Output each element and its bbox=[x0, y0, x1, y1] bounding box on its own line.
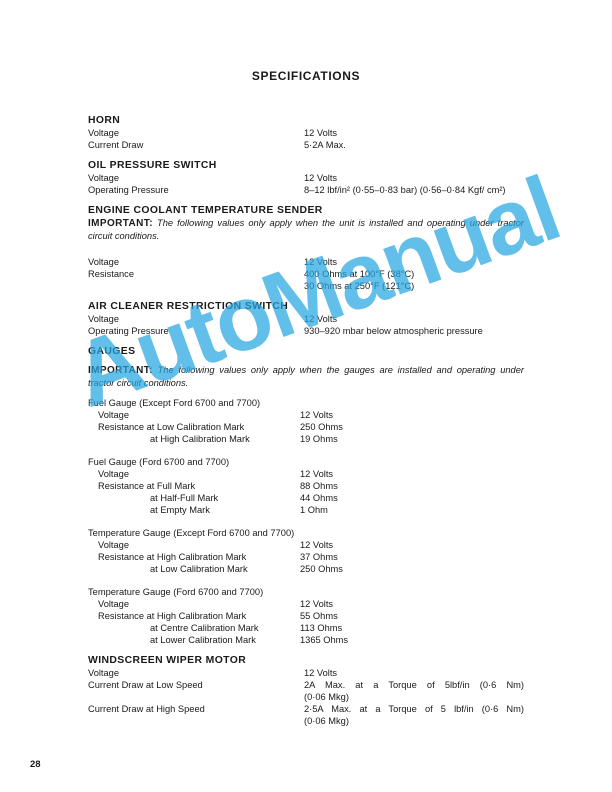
spec-label: Voltage bbox=[88, 313, 304, 325]
spec-row: Voltage 12 Volts bbox=[88, 127, 524, 139]
spec-value: 5·2A Max. bbox=[304, 139, 524, 151]
spec-label: Voltage bbox=[88, 598, 304, 610]
important-text: The following values only apply when the… bbox=[88, 365, 524, 388]
section-wiper-motor: WINDSCREEN WIPER MOTOR Voltage 12 Volts … bbox=[88, 654, 524, 727]
spec-row: Voltage 12 Volts bbox=[88, 256, 524, 268]
important-note: IMPORTANT: The following values only app… bbox=[88, 217, 524, 242]
spec-row: Voltage 12 Volts bbox=[88, 598, 524, 610]
spec-label: Voltage bbox=[88, 172, 304, 184]
spec-value: 12 Volts bbox=[304, 172, 524, 184]
spec-row: Resistance 400 Ohms at 100°F (38°C) bbox=[88, 268, 524, 280]
important-note: IMPORTANT: The following values only app… bbox=[88, 364, 524, 389]
spec-row: Voltage 12 Volts bbox=[88, 172, 524, 184]
spec-label: Voltage bbox=[88, 667, 304, 679]
spec-value: 2·5A Max. at a Torque of 5 lbf/in (0·6 N… bbox=[304, 703, 524, 727]
spec-label: at Lower Calibration Mark bbox=[88, 634, 304, 646]
spec-value: 12 Volts bbox=[300, 468, 524, 480]
spec-label: Current Draw at High Speed bbox=[88, 703, 304, 727]
spec-value-line: 2·5A Max. at a Torque of 5 lbf/in (0·6 N… bbox=[304, 703, 524, 715]
section-coolant-sender: ENGINE COOLANT TEMPERATURE SENDER IMPORT… bbox=[88, 204, 524, 292]
spec-label: at Empty Mark bbox=[88, 504, 304, 516]
temperature-gauge-except-ford: Temperature Gauge (Except Ford 6700 and … bbox=[88, 527, 524, 575]
section-air-cleaner-switch: AIR CLEANER RESTRICTION SWITCH Voltage 1… bbox=[88, 300, 524, 337]
spec-value: 1 Ohm bbox=[300, 504, 524, 516]
spec-value: 30 Ohms at 250°F (121°C) bbox=[304, 280, 524, 292]
section-gauges: GAUGES IMPORTANT: The following values o… bbox=[88, 345, 524, 646]
spec-row: Voltage 12 Volts bbox=[88, 539, 524, 551]
spec-value: 44 Ohms bbox=[300, 492, 524, 504]
gauge-title: Temperature Gauge (Except Ford 6700 and … bbox=[88, 527, 524, 539]
spec-label: Resistance at Low Calibration Mark bbox=[88, 421, 304, 433]
section-oil-pressure-switch: OIL PRESSURE SWITCH Voltage 12 Volts Ope… bbox=[88, 159, 524, 196]
spec-value: 55 Ohms bbox=[300, 610, 524, 622]
spec-label: Voltage bbox=[88, 256, 304, 268]
spec-value: 930–920 mbar below atmospheric pressure bbox=[304, 325, 524, 337]
spec-row: at Empty Mark 1 Ohm bbox=[88, 504, 524, 516]
spec-label: Operating Pressure bbox=[88, 325, 304, 337]
spec-row: at Half-Full Mark 44 Ohms bbox=[88, 492, 524, 504]
spec-value: 12 Volts bbox=[304, 256, 524, 268]
spec-value: 12 Volts bbox=[300, 598, 524, 610]
spec-value-line: 2A Max. at a Torque of 5lbf/in (0·6 Nm) bbox=[304, 679, 524, 691]
spec-value: 8–12 lbf/in² (0·55–0·83 bar) (0·56–0·84 … bbox=[304, 184, 524, 196]
section-heading: ENGINE COOLANT TEMPERATURE SENDER bbox=[88, 204, 524, 217]
spec-row: Operating Pressure 930–920 mbar below at… bbox=[88, 325, 524, 337]
spec-value: 2A Max. at a Torque of 5lbf/in (0·6 Nm) … bbox=[304, 679, 524, 703]
spec-label: at Centre Calibration Mark bbox=[88, 622, 304, 634]
spec-value: 1365 Ohms bbox=[300, 634, 524, 646]
spec-row: Voltage 12 Volts bbox=[88, 667, 524, 679]
spec-row: Voltage 12 Volts bbox=[88, 468, 524, 480]
spec-label: Resistance at High Calibration Mark bbox=[88, 610, 304, 622]
section-heading: GAUGES bbox=[88, 345, 524, 358]
spec-row: 30 Ohms at 250°F (121°C) bbox=[88, 280, 524, 292]
fuel-gauge-ford: Fuel Gauge (Ford 6700 and 7700) Voltage … bbox=[88, 456, 524, 516]
spec-row: Current Draw at Low Speed 2A Max. at a T… bbox=[88, 679, 524, 703]
section-heading: HORN bbox=[88, 114, 524, 127]
section-heading: WINDSCREEN WIPER MOTOR bbox=[88, 654, 524, 667]
spec-label: Resistance at High Calibration Mark bbox=[88, 551, 304, 563]
important-text: The following values only apply when the… bbox=[88, 218, 524, 241]
spec-row: at Lower Calibration Mark 1365 Ohms bbox=[88, 634, 524, 646]
spec-label bbox=[88, 280, 304, 292]
spec-label: at Low Calibration Mark bbox=[88, 563, 304, 575]
temperature-gauge-ford: Temperature Gauge (Ford 6700 and 7700) V… bbox=[88, 586, 524, 646]
spec-value: 12 Volts bbox=[300, 409, 524, 421]
spec-row: Current Draw at High Speed 2·5A Max. at … bbox=[88, 703, 524, 727]
spec-value: 12 Volts bbox=[300, 539, 524, 551]
spec-row: at Centre Calibration Mark 113 Ohms bbox=[88, 622, 524, 634]
gauge-title: Fuel Gauge (Except Ford 6700 and 7700) bbox=[88, 397, 524, 409]
important-label: IMPORTANT: bbox=[88, 218, 153, 229]
specifications-content: HORN Voltage 12 Volts Current Draw 5·2A … bbox=[88, 114, 524, 735]
spec-value: 37 Ohms bbox=[300, 551, 524, 563]
section-heading: AIR CLEANER RESTRICTION SWITCH bbox=[88, 300, 524, 313]
spec-row: Resistance at Low Calibration Mark 250 O… bbox=[88, 421, 524, 433]
important-label: IMPORTANT: bbox=[88, 365, 153, 376]
spec-row: Voltage 12 Volts bbox=[88, 313, 524, 325]
spec-value-line: (0·06 Mkg) bbox=[304, 691, 524, 703]
section-heading: OIL PRESSURE SWITCH bbox=[88, 159, 524, 172]
spec-row: Voltage 12 Volts bbox=[88, 409, 524, 421]
spec-label: Operating Pressure bbox=[88, 184, 304, 196]
spec-value: 400 Ohms at 100°F (38°C) bbox=[304, 268, 524, 280]
spec-value: 250 Ohms bbox=[300, 563, 524, 575]
spec-row: at High Calibration Mark 19 Ohms bbox=[88, 433, 524, 445]
gauge-title: Temperature Gauge (Ford 6700 and 7700) bbox=[88, 586, 524, 598]
spec-row: Resistance at High Calibration Mark 37 O… bbox=[88, 551, 524, 563]
spec-row: at Low Calibration Mark 250 Ohms bbox=[88, 563, 524, 575]
spec-value: 12 Volts bbox=[304, 313, 524, 325]
section-horn: HORN Voltage 12 Volts Current Draw 5·2A … bbox=[88, 114, 524, 151]
spec-row: Resistance at Full Mark 88 Ohms bbox=[88, 480, 524, 492]
spec-value: 250 Ohms bbox=[300, 421, 524, 433]
spec-value: 12 Volts bbox=[304, 667, 524, 679]
spec-value: 113 Ohms bbox=[300, 622, 524, 634]
spec-label: Resistance at Full Mark bbox=[88, 480, 304, 492]
spec-label: Resistance bbox=[88, 268, 304, 280]
spec-value-line: (0·06 Mkg) bbox=[304, 715, 524, 727]
spec-value: 88 Ohms bbox=[300, 480, 524, 492]
spec-label: at High Calibration Mark bbox=[88, 433, 304, 445]
spec-label: Current Draw bbox=[88, 139, 304, 151]
page-title: SPECIFICATIONS bbox=[0, 69, 612, 83]
spec-value: 19 Ohms bbox=[300, 433, 524, 445]
spec-row: Resistance at High Calibration Mark 55 O… bbox=[88, 610, 524, 622]
spec-label: Voltage bbox=[88, 539, 304, 551]
gauge-title: Fuel Gauge (Ford 6700 and 7700) bbox=[88, 456, 524, 468]
fuel-gauge-except-ford: Fuel Gauge (Except Ford 6700 and 7700) V… bbox=[88, 397, 524, 445]
spec-value: 12 Volts bbox=[304, 127, 524, 139]
spec-label: Voltage bbox=[88, 409, 304, 421]
spec-label: Voltage bbox=[88, 127, 304, 139]
spec-label: at Half-Full Mark bbox=[88, 492, 304, 504]
spec-label: Voltage bbox=[88, 468, 304, 480]
spec-label: Current Draw at Low Speed bbox=[88, 679, 304, 703]
page-number: 28 bbox=[30, 759, 41, 770]
spec-row: Operating Pressure 8–12 lbf/in² (0·55–0·… bbox=[88, 184, 524, 196]
spec-row: Current Draw 5·2A Max. bbox=[88, 139, 524, 151]
